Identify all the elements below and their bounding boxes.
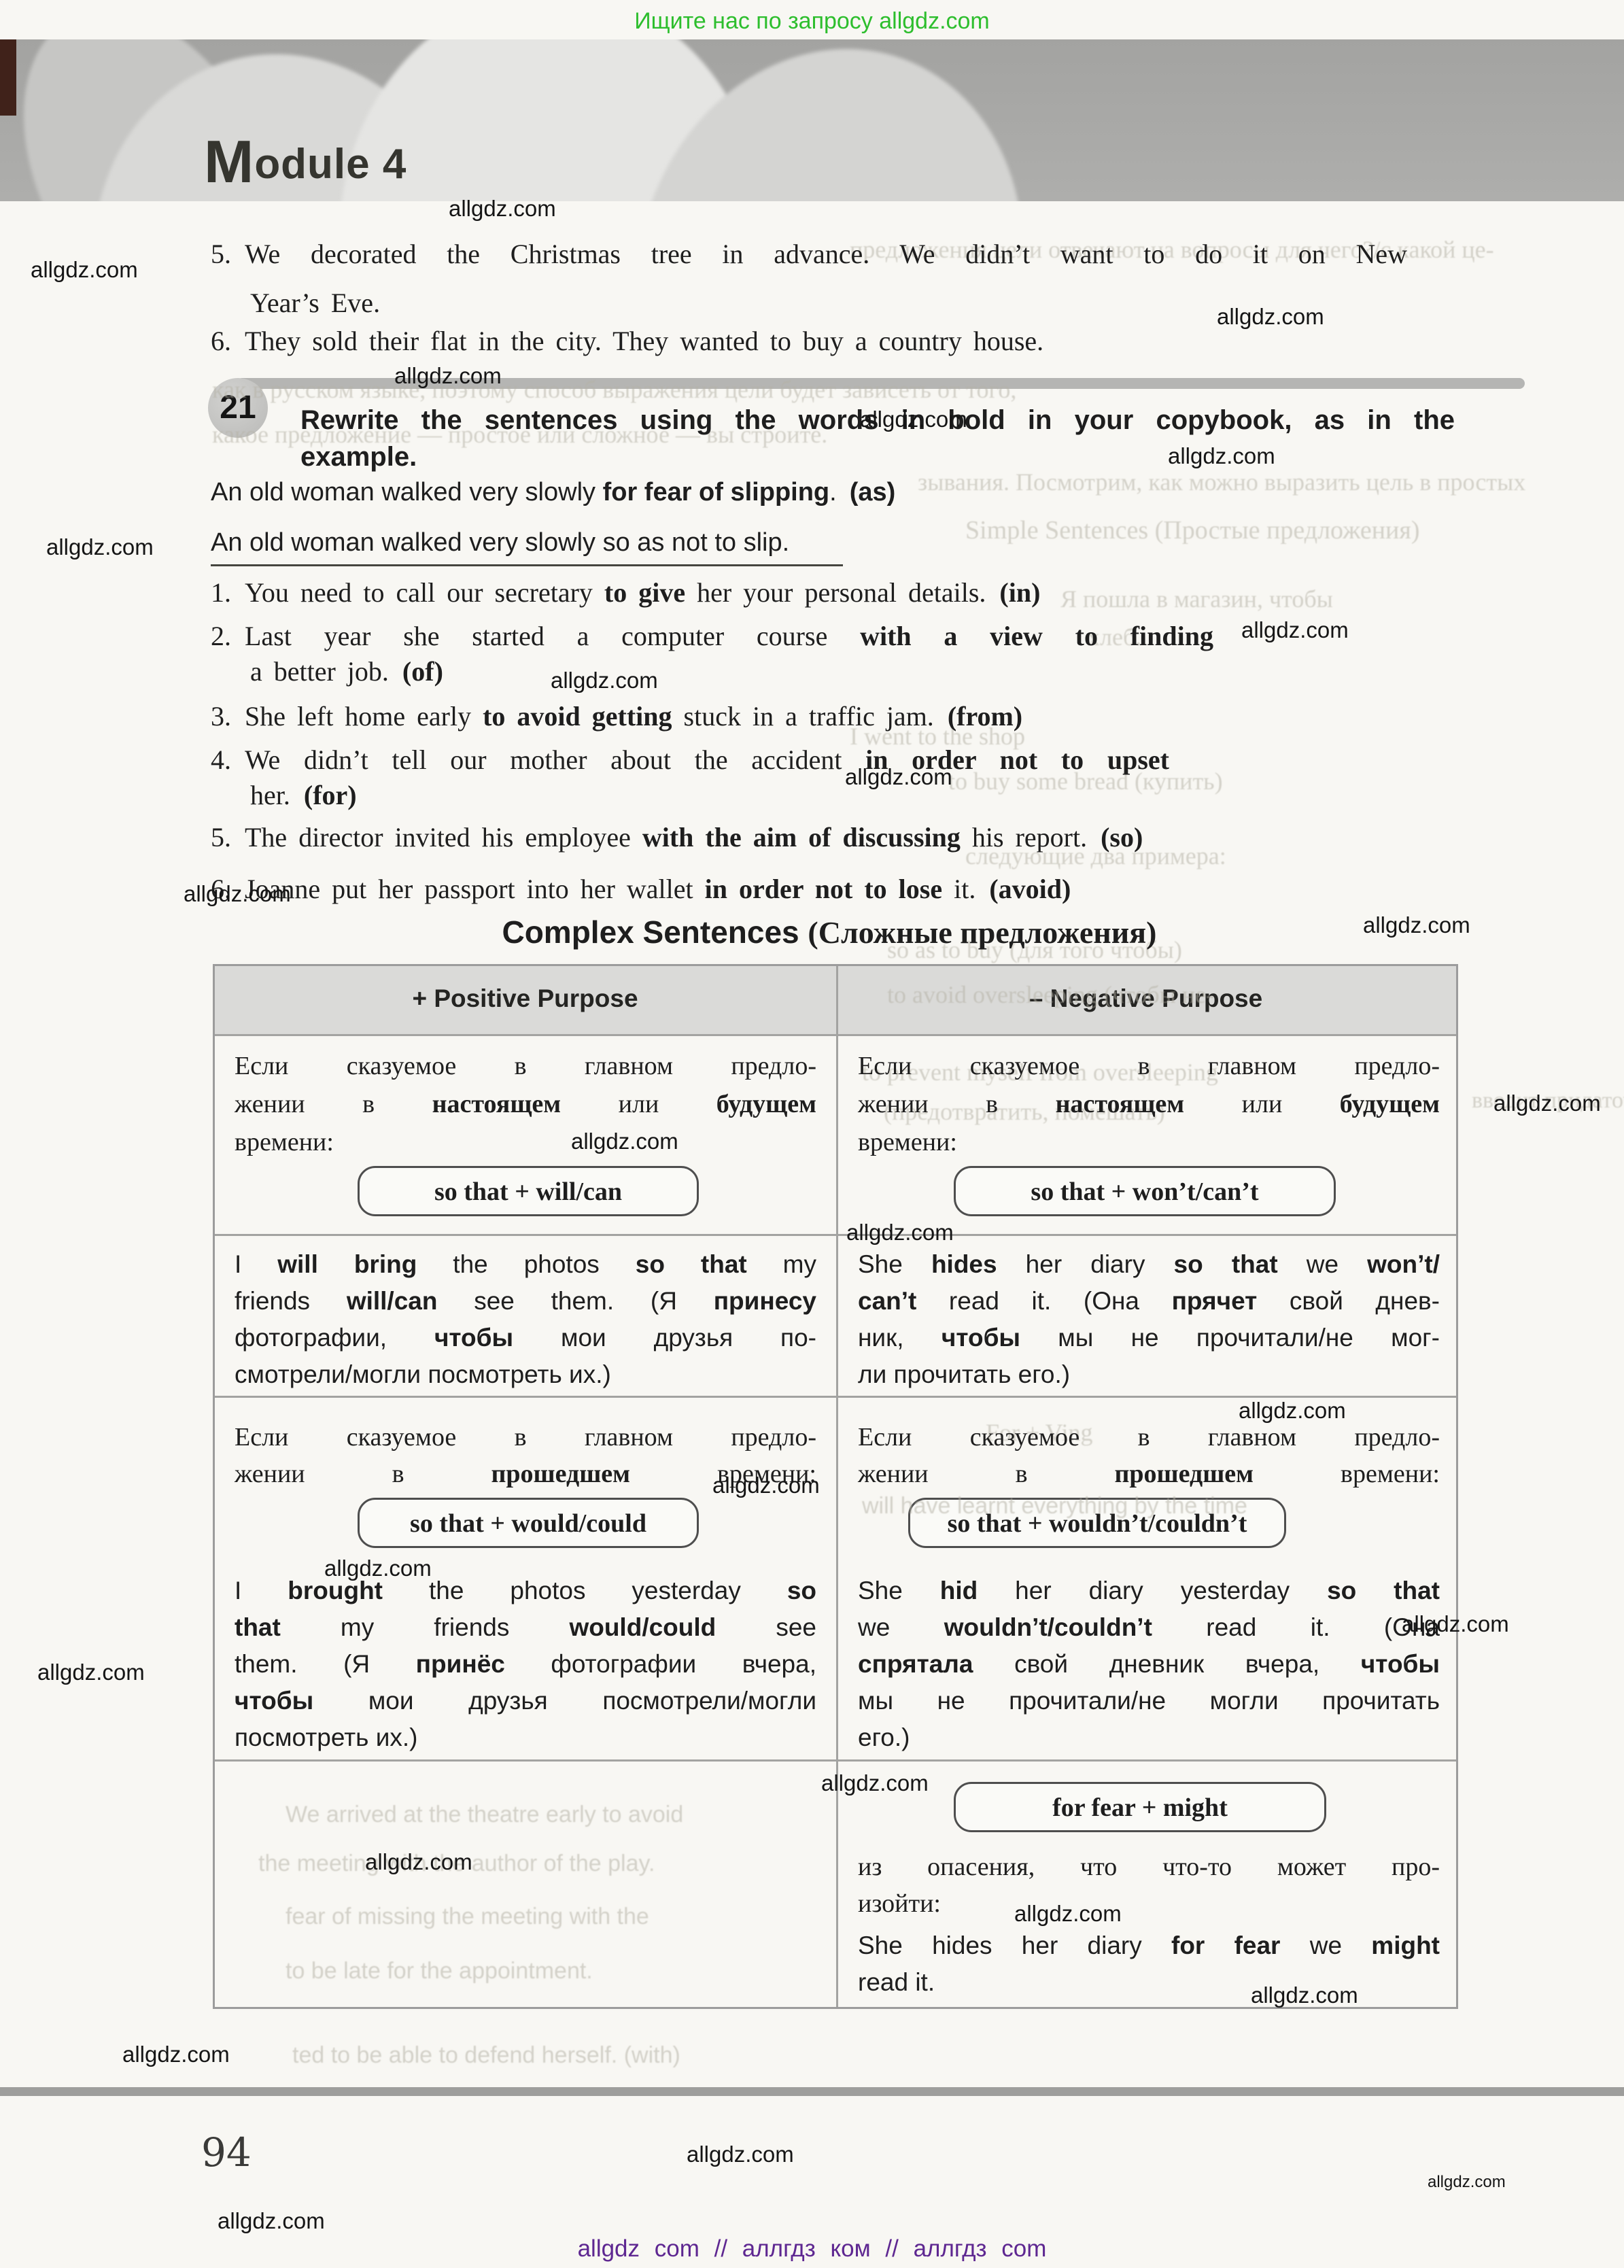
rule-box-so-that-wont-cant: so that + won’t/can’t: [954, 1166, 1336, 1216]
page-number: 94: [201, 2129, 252, 2176]
complex-sentences-heading: Complex Sentences (Сложные предложения): [211, 914, 1448, 951]
neg-example2-line4: мы не прочитали/не могли прочитать: [858, 1686, 1440, 1716]
top-banner: Ищите нас по запросу allgdz.com: [0, 8, 1624, 35]
item-4-line1: 4. We didn’t tell our mother about the a…: [211, 744, 1169, 776]
watermark: allgdz.com: [1402, 1611, 1509, 1637]
rule-box-for-fear-might: for fear + might: [954, 1782, 1326, 1832]
watermark: allgdz.com: [122, 2042, 230, 2067]
module-title-rest: odule 4: [254, 141, 407, 188]
rule-box-so-that-will-can: so that + will/can: [358, 1166, 699, 1216]
sentence6: 6. They sold their flat in the city. The…: [211, 325, 1043, 358]
watermark: allgdz.com: [845, 764, 952, 790]
bleed-through-text: We arrived at the theatre early to avoid: [286, 1802, 683, 1828]
watermark: allgdz.com: [1168, 443, 1275, 469]
watermark: allgdz.com: [860, 407, 967, 432]
pos-example2-line4: чтобы мои друзья посмотрели/могли: [235, 1686, 816, 1716]
neg-cond2-line2: жении в прошедшем времени:: [858, 1459, 1440, 1490]
pos-example1-line4: смотрели/могли посмотреть их.): [235, 1360, 611, 1390]
exercise21-instruction-line2: example.: [300, 441, 417, 473]
neg-example2-line3: спрятала свой дневник вчера, чтобы: [858, 1649, 1440, 1679]
watermark: allgdz.com: [1363, 912, 1470, 938]
neg-example2-line1: She hid her diary yesterday so that: [858, 1576, 1440, 1606]
watermark: allgdz.com: [365, 1849, 472, 1875]
neg-example2-line2: we wouldn’t/couldn’t read it. (Она: [858, 1613, 1440, 1643]
forfear-example-line1: She hides her diary for fear we might: [858, 1931, 1440, 1961]
watermark: allgdz.com: [46, 534, 154, 560]
pos-cond1-line2: жении в настоящем или будущем: [235, 1089, 816, 1120]
module-title: Module 4: [204, 140, 407, 188]
watermark: allgdz.com: [218, 2208, 325, 2234]
footer-rule: [0, 2087, 1624, 2096]
neg-cond1-line2: жении в настоящем или будущем: [858, 1089, 1440, 1120]
item-6: 6. Joanne put her passport into her wall…: [211, 873, 1071, 906]
watermark: allgdz.com: [184, 881, 291, 907]
bleed-through-text: зывания. Посмотрим, как можно выразить ц…: [918, 468, 1525, 496]
table-divider: [215, 1759, 1456, 1762]
page: Ищите нас по запросу allgdz.com Module 4…: [0, 0, 1624, 2268]
table-divider: [215, 1234, 1456, 1236]
watermark: allgdz.com: [1251, 1982, 1358, 2008]
pos-cond1-line3: времени:: [235, 1127, 334, 1158]
pos-cond2-line1: Если сказуемое в главном предло-: [235, 1422, 816, 1454]
watermark: allgdz.com: [712, 1473, 820, 1498]
bleed-through-text: to avoid oversleeping (чтобы не-: [887, 980, 1214, 1009]
table-header-positive: + Positive Purpose: [215, 984, 835, 1013]
neg-example2-line5: его.): [858, 1723, 910, 1753]
forfear-example-line2: read it.: [858, 1968, 935, 1997]
pos-cond1-line1: Если сказуемое в главном предло-: [235, 1051, 816, 1082]
watermark: allgdz.com: [394, 363, 502, 389]
module-title-initial: M: [204, 128, 254, 195]
table-center-divider: [836, 966, 838, 2007]
bleed-through-text: как в русском языке, поэтому способ выра…: [212, 375, 1016, 404]
neg-cond2-line1: Если сказуемое в главном предло-: [858, 1422, 1440, 1454]
pos-example1-line3: фотографии, чтобы мои друзья по-: [235, 1323, 816, 1353]
scan-corner-artifact: [0, 39, 16, 116]
watermark: allgdz.com: [571, 1129, 678, 1154]
watermark: allgdz.com: [1217, 304, 1324, 330]
watermark: allgdz.com: [821, 1770, 929, 1796]
table-divider: [215, 1034, 1456, 1036]
watermark: allgdz.com: [324, 1556, 432, 1581]
example-source: An old woman walked very slowly for fear…: [211, 477, 895, 509]
bleed-through-text: to be late for the appointment.: [286, 1958, 593, 1984]
watermark: allgdz.com: [1239, 1398, 1346, 1424]
watermark: allgdz.com: [687, 2142, 794, 2167]
bleed-through-text: Simple Sentences (Простые предложения): [965, 515, 1420, 545]
watermark: allgdz.com: [449, 196, 556, 222]
item-1: 1. You need to call our secretary to giv…: [211, 577, 1040, 609]
watermark: allgdz.com: [1241, 617, 1349, 643]
bleed-through-text: ted to be able to defend herself. (with): [292, 2042, 680, 2069]
neg-cond1-line1: Если сказуемое в главном предло-: [858, 1051, 1440, 1082]
watermark: allgdz.com: [1428, 2173, 1506, 2192]
bleed-through-text: will have learnt everything by the time: [862, 1493, 1247, 1519]
watermark: allgdz.com: [1493, 1090, 1601, 1116]
item-5: 5. The director invited his employee wit…: [211, 821, 1143, 854]
neg-example1-line1: She hides her diary so that we won’t/: [858, 1250, 1440, 1279]
forfear-note-line1: из опасения, что что-то может про-: [858, 1852, 1440, 1883]
neg-cond1-line3: времени:: [858, 1127, 957, 1158]
module-header-band: Module 4: [0, 39, 1624, 201]
watermark: allgdz.com: [37, 1660, 145, 1685]
pos-example1-line1: I will bring the photos so that my: [235, 1250, 816, 1279]
pos-example2-line5: посмотреть их.): [235, 1723, 417, 1753]
watermark: allgdz.com: [551, 668, 658, 693]
neg-example1-line2: can’t read it. (Она прячет свой днев-: [858, 1286, 1440, 1316]
rule-box-so-that-would-could: so that + would/could: [358, 1498, 699, 1548]
item-2-line1: 2. Last year she started a computer cour…: [211, 620, 1213, 653]
footer-site-line: allgdz com // аллгдз ком // аллгдз com: [0, 2235, 1624, 2263]
item-4-line2: her. (for): [250, 779, 357, 812]
pos-example2-line3: them. (Я принёс фотографии вчера,: [235, 1649, 816, 1679]
bleed-through-text: Я пошла в магазин, чтобы: [1060, 585, 1333, 613]
bleed-through-text: fear of missing the meeting with the: [286, 1904, 649, 1930]
item-2-line2: a better job. (of): [250, 655, 443, 688]
neg-example1-line4: ли прочитать его.): [858, 1360, 1070, 1390]
pos-example1-line2: friends will/can see them. (Я принесу: [235, 1286, 816, 1316]
pos-example2-line2: that my friends would/could see: [235, 1613, 816, 1643]
item-3: 3. She left home early to avoid getting …: [211, 700, 1022, 733]
watermark: allgdz.com: [1014, 1901, 1122, 1927]
forfear-note-line2: изойти:: [858, 1889, 941, 1920]
sentence5-line2: Year’s Eve.: [250, 287, 380, 320]
sentence5-line1: 5. We decorated the Christmas tree in ad…: [211, 238, 1407, 271]
neg-example1-line3: ник, чтобы мы не прочитали/не мог-: [858, 1323, 1440, 1353]
pos-example2-line1: I brought the photos yesterday so: [235, 1576, 816, 1606]
watermark: allgdz.com: [31, 257, 138, 283]
watermark: allgdz.com: [846, 1220, 954, 1245]
example-rewritten: An old woman walked very slowly so as no…: [211, 528, 843, 566]
